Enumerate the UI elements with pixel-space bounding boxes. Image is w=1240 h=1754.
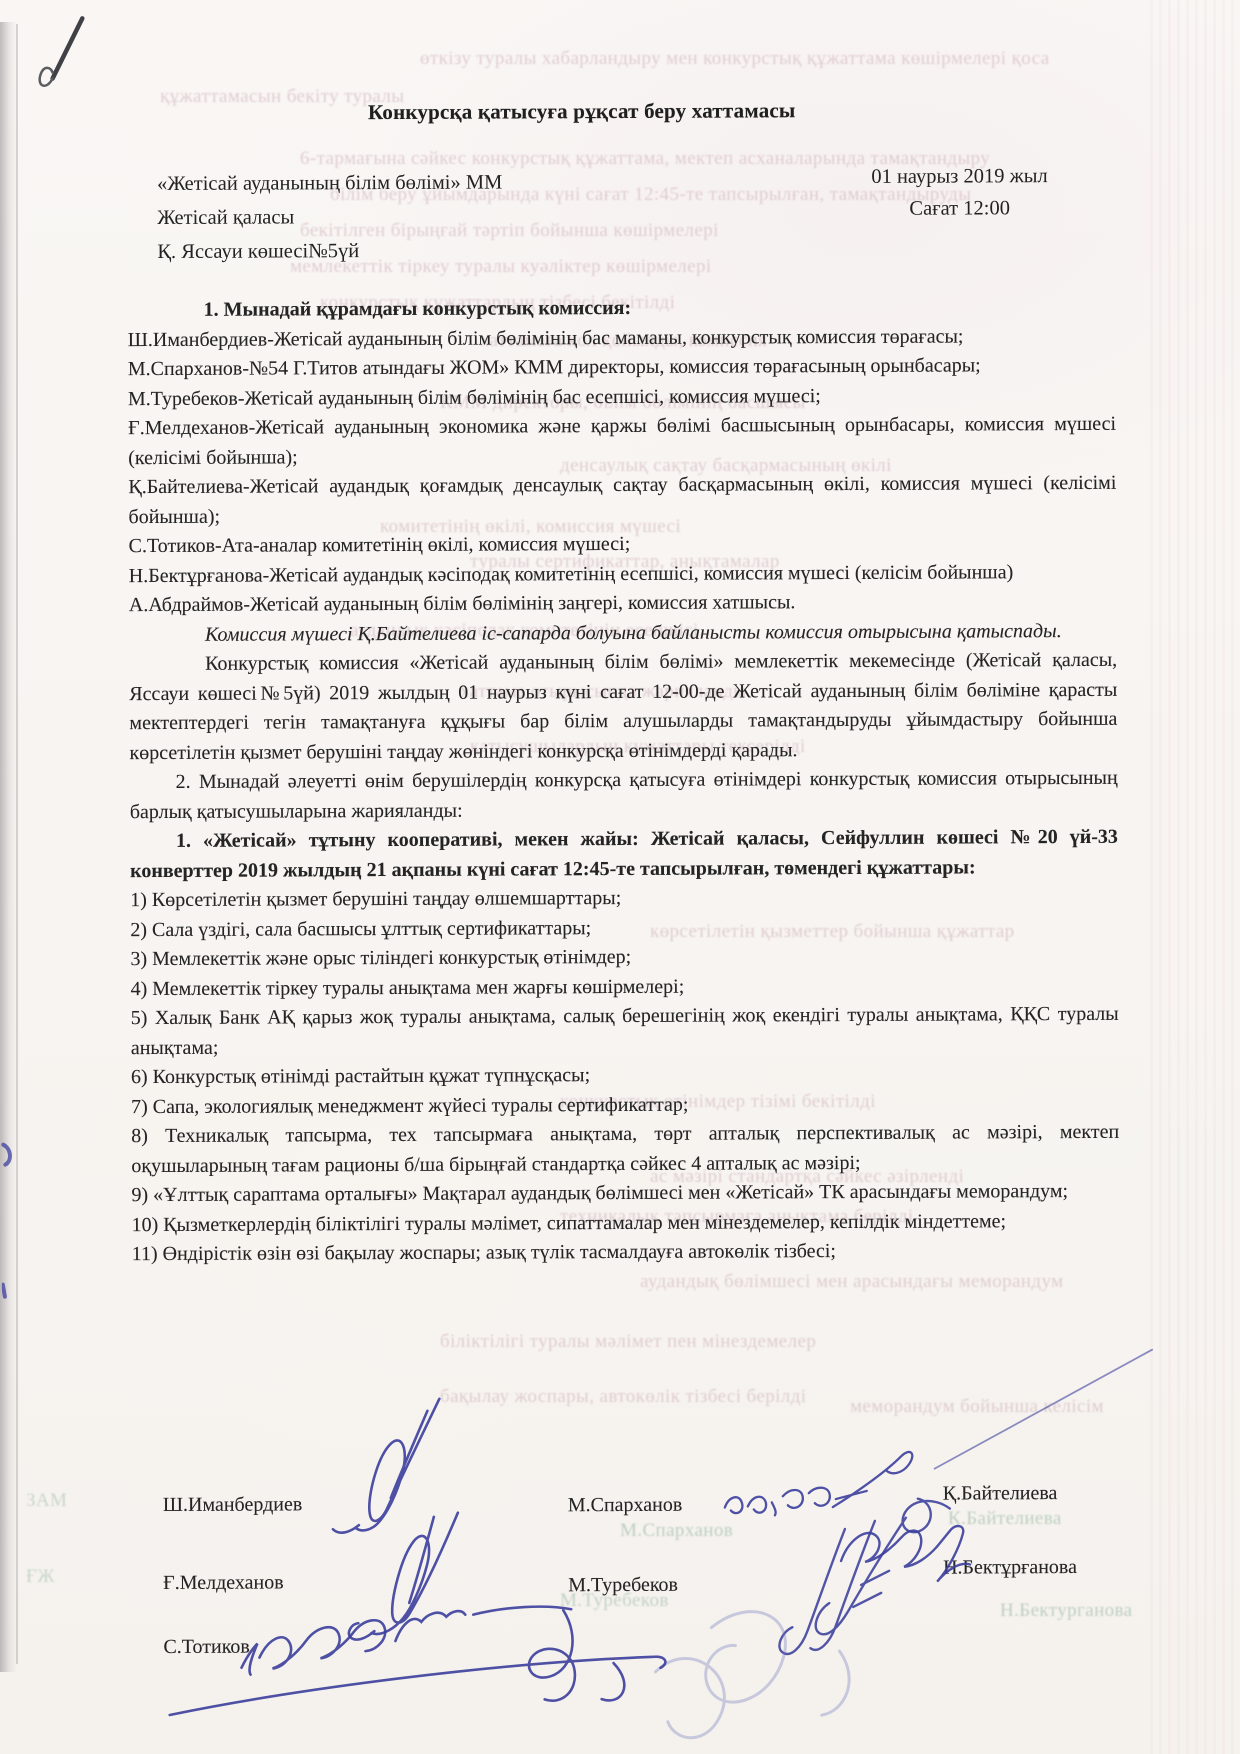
commission-member: Н.Бектұрғанова-Жетісай аудандық кәсіпода… bbox=[129, 557, 1117, 591]
commission-member: М.Туребеков-Жетісай ауданының білім бөлі… bbox=[128, 380, 1116, 414]
ink-speck bbox=[2, 1145, 10, 1297]
protocol-time: Сағат 12:00 bbox=[852, 192, 1067, 225]
commission-member: Қ.Байтелиева-Жетісай аудандық қоғамдық д… bbox=[128, 469, 1116, 532]
signature-meldekhanov bbox=[348, 1513, 458, 1640]
section2-heading: 2. Мынадай әлеуетті өнім берушілердің ко… bbox=[130, 764, 1118, 827]
signature-totikov bbox=[169, 1606, 665, 1715]
bleedthrough-signature-flourish bbox=[655, 1611, 849, 1738]
signatory-name: Ғ.Мелдеханов bbox=[163, 1571, 284, 1595]
signatory-name: Н.Бектұрғанова bbox=[943, 1556, 1077, 1580]
protocol-date: 01 наурыз 2019 жыл bbox=[852, 160, 1067, 193]
absence-note: Комиссия мүшесі Қ.Байтелиева іс-сапарда … bbox=[129, 616, 1117, 650]
document-list-item: 1) Көрсетілетін қызмет берушіні таңдау ө… bbox=[130, 882, 1118, 916]
review-paragraph: Конкурстық комиссия «Жетісай ауданының б… bbox=[129, 646, 1118, 768]
organization-address: Қ. Яссауи көшесі№5үй bbox=[157, 234, 502, 270]
signature-sparkhanov bbox=[724, 1350, 1153, 1516]
document-list-item: 2) Сала үздігі, сала басшысы ұлттық серт… bbox=[130, 911, 1118, 945]
scanned-protocol-page: өткізу туралы хабарландыру мен конкурсты… bbox=[0, 0, 1240, 1754]
document-list-item: 9) «Ұлттық сараптама орталығы» Мақтарал … bbox=[131, 1177, 1119, 1211]
section1-heading-text: 1. Мынадай құрамдағы конкурстық комиссия… bbox=[204, 297, 632, 321]
signatory-name: М.Спарханов bbox=[568, 1494, 683, 1517]
commission-member: А.Абдраймов-Жетісай ауданының білім бөлі… bbox=[129, 587, 1117, 621]
signatory-name: М.Туребеков bbox=[568, 1574, 678, 1597]
signatory-name: С.Тотиков bbox=[163, 1636, 249, 1659]
signatory-name: Ш.Иманбердиев bbox=[163, 1493, 303, 1517]
document-list-item: 4) Мемлекеттік тіркеу туралы анықтама ме… bbox=[130, 970, 1118, 1004]
signature-imanberdiev bbox=[332, 1399, 440, 1533]
organization-block: «Жетісай ауданының білім бөлімі» ММ Жеті… bbox=[157, 166, 503, 270]
bidder-paragraph: 1. «Жетісай» тұтыну кооперативі, мекен ж… bbox=[130, 823, 1118, 886]
document-body: 1. Мынадай құрамдағы конкурстық комиссия… bbox=[128, 292, 1120, 1270]
document-list-item: 8) Техникалық тапсырма, тех тапсырмаға а… bbox=[131, 1118, 1119, 1181]
commission-member: С.Тотиков-Ата-аналар комитетінің өкілі, … bbox=[129, 528, 1117, 562]
signature-turebekov bbox=[779, 1499, 951, 1654]
date-time-block: 01 наурыз 2019 жыл Сағат 12:00 bbox=[852, 160, 1067, 225]
signatory-name: Қ.Байтелиева bbox=[943, 1482, 1058, 1506]
section1-heading: 1. Мынадай құрамдағы конкурстық комиссия… bbox=[128, 292, 1116, 326]
staple-mark bbox=[39, 18, 82, 85]
commission-member: М.Спарханов-№54 Г.Титов атындағы ЖОМ» КМ… bbox=[128, 351, 1116, 385]
document-list-item: 11) Өндірістік өзін өзі бақылау жоспары;… bbox=[132, 1236, 1120, 1270]
document-list-item: 6) Конкурстық өтінімді растайтын құжат т… bbox=[131, 1059, 1119, 1093]
commission-member: Ш.Иманбердиев-Жетісай ауданының білім бө… bbox=[128, 321, 1116, 355]
commission-member: Ғ.Мелдеханов-Жетісай ауданының экономика… bbox=[128, 410, 1116, 473]
document-list-item: 5) Халық Банк АҚ қарыз жоқ туралы анықта… bbox=[131, 1000, 1119, 1063]
document-list-item: 10) Қызметкерлердің біліктілігі туралы м… bbox=[132, 1206, 1120, 1240]
organization-name: «Жетісай ауданының білім бөлімі» ММ bbox=[157, 166, 502, 202]
document-content: Конкурсқа қатысуға рұқсат беру хаттамасы… bbox=[0, 0, 1240, 1754]
document-list-item: 3) Мемлекеттік және орыс тіліндегі конку… bbox=[130, 941, 1118, 975]
document-title: Конкурсқа қатысуға рұқсат беру хаттамасы bbox=[0, 97, 1167, 127]
organization-city: Жетісай қаласы bbox=[157, 200, 502, 236]
document-list-item: 7) Сапа, экологиялық менеджмент жүйесі т… bbox=[131, 1088, 1119, 1122]
